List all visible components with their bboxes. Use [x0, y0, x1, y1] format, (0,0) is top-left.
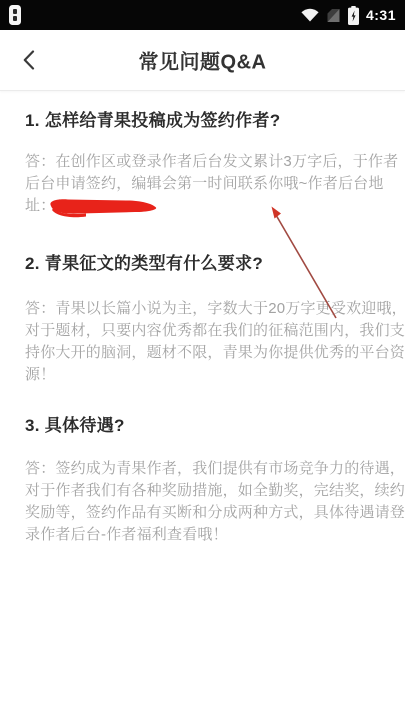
page-title: 常见问题Q&A — [0, 46, 405, 75]
app-screen: 4:31 常见问题Q&A 1. 怎样给青果投稿成为签约作者? 答：在创作区或登录… — [0, 0, 405, 720]
faq-question-3: 3. 具体待遇? — [25, 386, 383, 436]
app-bar: 常见问题Q&A — [0, 30, 405, 91]
faq-scroll-area[interactable]: 1. 怎样给青果投稿成为签约作者? 答：在创作区或登录作者后台发文累计3万字后，… — [0, 91, 405, 546]
no-sim-icon — [326, 8, 341, 23]
faq-answer-3: 答：签约成为青果作者，我们提供有市场竞争力的待遇， 对于作者我们有各种奖励措施，… — [25, 436, 383, 546]
battery-charging-icon — [348, 6, 359, 25]
wifi-icon — [301, 8, 319, 22]
clock-time: 4:31 — [366, 7, 396, 23]
faq-answer-1: 答：在创作区或登录作者后台发文累计3万字后，于作者 后台申请签约，编辑会第一时间… — [25, 131, 383, 217]
faq-question-2: 2. 青果征文的类型有什么要求? — [25, 217, 383, 274]
status-bar: 4:31 — [0, 0, 405, 30]
notification-icon — [9, 5, 21, 25]
faq-question-1: 1. 怎样给青果投稿成为签约作者? — [25, 91, 383, 131]
faq-answer-2: 答：青果以长篇小说为主，字数大于20万字更受欢迎哦， 对于题材，只要内容优秀都在… — [25, 274, 383, 386]
